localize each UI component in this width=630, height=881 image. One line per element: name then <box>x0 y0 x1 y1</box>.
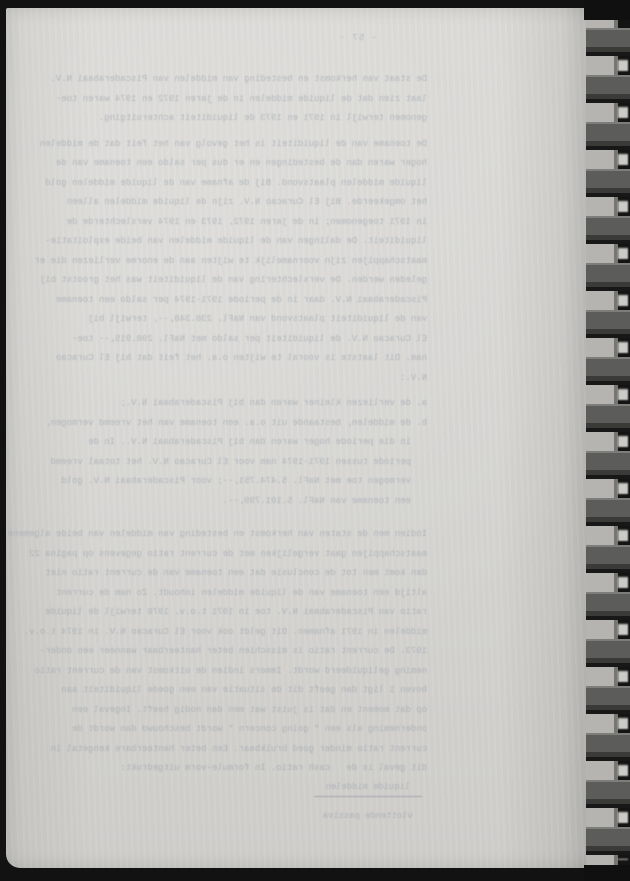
text-line: Piscaderabaai N.V. daar in de periode 19… <box>49 291 427 311</box>
text-line: De staat van herkomst en besteding van m… <box>49 70 427 90</box>
cash-ratio-formula: liquide middelen vlottende passiva <box>49 781 422 823</box>
text-line: boven 1 ligt dan geeft dit de situatie v… <box>49 681 427 701</box>
page-number: - 57 - <box>49 32 377 44</box>
text-line: liquide middelen plaatsvond. Bij de afna… <box>49 174 427 194</box>
text-line: in die periode hoger waren dan bij Pisca… <box>49 433 427 453</box>
text-line: N.V.: <box>49 369 427 389</box>
text-column: - 57 - De staat van herkomst en bestedin… <box>49 8 427 823</box>
text-line: in 1971 toegenomen; in de jaren 1972, 19… <box>49 213 427 233</box>
text-line: 1973. De current ratio is misschien bete… <box>49 642 427 662</box>
text-line: liquiditeit. De dalingen van de liquide … <box>49 232 427 252</box>
text-line: middelen in 1971 afnamen. Dit geldt ook … <box>49 623 427 643</box>
text-line: op dat moment en dat is juist wat men da… <box>49 701 427 721</box>
text-line: vermogen toe met NaFl. 5.474.751,--; voo… <box>49 472 427 492</box>
text-line: periode tussen 1971-1974 nam voor El Cur… <box>49 453 427 473</box>
bleedthrough-text-layer: - 57 - De staat van herkomst en bestedin… <box>6 8 622 868</box>
text-line: neming geliquideerd wordt. Immers indien… <box>49 662 427 682</box>
text-line: maatschappijen gaat vergelijken met de c… <box>49 545 427 565</box>
text-line: dit geval is de cash ratio. In formule-v… <box>49 759 427 779</box>
text-line: laat zien dat de liquide middelen in de … <box>49 90 427 110</box>
paragraph-liquidity: De toename van de liquiditeit is het gev… <box>49 135 427 389</box>
text-line: geleden werden. De verslechtering van de… <box>49 271 427 291</box>
text-line: genomen terwijl in 1971 en 1973 de liqui… <box>49 109 427 129</box>
text-line: b. de middelen, bestaande uit o.a. een t… <box>49 414 427 434</box>
text-line: maatschappijen zijn voornamelijk te wijt… <box>49 252 427 272</box>
text-line: El Curacao N.V. de liquiditeit per saldo… <box>49 330 427 350</box>
text-line: current ratio minder goed bruikbaar. Een… <box>49 740 427 760</box>
text-line: een toename van NaFl. 5.101.799,--. <box>49 492 427 512</box>
text-line: hoger waren dan de bestedingen en er dus… <box>49 154 427 174</box>
binding-corner-top <box>584 0 630 20</box>
text-line: a. de verliezen kleiner waren dan bij Pi… <box>49 394 427 414</box>
text-line: ratio van Piscaderabaai N.V. toe in 1971… <box>49 603 427 623</box>
text-line: Indien men de staten van herkomst en bes… <box>49 525 427 545</box>
scanned-page: - 57 - De staat van herkomst en bestedin… <box>6 8 622 868</box>
formula-fraction: liquide middelen vlottende passiva <box>314 781 422 823</box>
paragraph-intro: De staat van herkomst en besteding van m… <box>49 70 427 129</box>
text-line: van de liquiditeit plaatsvond van NaFl. … <box>49 310 427 330</box>
fraction-numerator: liquide middelen <box>314 781 422 797</box>
binding-corner-bottom <box>584 865 630 881</box>
text-line: altijd een toename van de liquide middel… <box>49 584 427 604</box>
fraction-denominator: vlottende passiva <box>314 797 422 823</box>
binding-ring-highlights <box>618 28 628 860</box>
list-reasons: a. de verliezen kleiner waren dan bij Pi… <box>49 394 427 511</box>
text-line: dan komt men tot de conclusie dat een to… <box>49 564 427 584</box>
text-line: het omgekeerde. Bij El Curacao N.V. zijn… <box>49 193 427 213</box>
text-line: nam. Dit laatste is vooral te wijten o.a… <box>49 349 427 369</box>
comb-binding <box>586 0 630 881</box>
text-line: De toename van de liquiditeit is het gev… <box>49 135 427 155</box>
scanned-book-photo: { "document": { "page_number": "- 57 -",… <box>0 0 630 881</box>
text-line: onderneming als een " going concern " wo… <box>49 720 427 740</box>
paragraph-current-ratio: Indien men de staten van herkomst en bes… <box>49 525 427 779</box>
